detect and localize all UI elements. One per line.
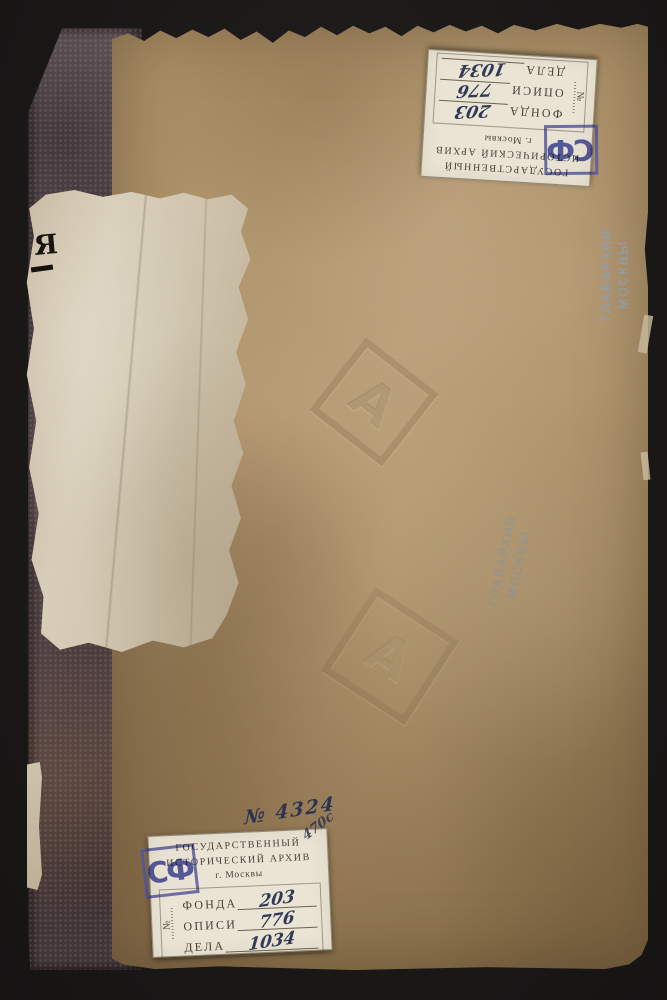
fond-label: ФОНДА — [182, 897, 237, 913]
digital-watermark: ГЛАВАРХИВ МОСКВЫ — [599, 217, 633, 332]
fond-line: 203 — [438, 99, 508, 122]
delo-value: 1034 — [248, 931, 296, 953]
ink-bar — [31, 264, 53, 272]
fond-value: 203 — [454, 102, 492, 118]
delo-label: ДЕЛА — [524, 63, 566, 79]
opis-line: 776 — [237, 909, 318, 931]
seal-letter: А — [355, 618, 424, 694]
opis-value: 776 — [456, 81, 494, 97]
sf-stamp-text: СФ — [145, 852, 195, 891]
archive-book: А А Я ГЛАВАРХИВ МОСКВЫ ГЛАВАРХИВ МОСКВЫ … — [28, 20, 648, 975]
delo-value: 1034 — [457, 60, 507, 77]
sf-stamp-text: СФ — [548, 133, 594, 167]
delo-label: ДЕЛА — [184, 940, 226, 955]
delo-line: 1034 — [440, 58, 524, 82]
delo-line: 1034 — [225, 930, 319, 953]
label-fields-box: № ФОНДА 203 ОПИСИ 776 ДЕЛА 1034 — [159, 883, 324, 961]
opis-line: 776 — [439, 78, 510, 101]
printer-imprint — [171, 908, 174, 940]
torn-paper-patch: Я — [22, 190, 260, 652]
opis-label: ОПИСИ — [510, 83, 564, 99]
fond-label: ФОНДА — [507, 104, 563, 121]
label-fields-box: № ФОНДА 203 ОПИСИ 776 ДЕЛА 1034 — [433, 52, 589, 132]
photo-background: А А Я ГЛАВАРХИВ МОСКВЫ ГЛАВАРХИВ МОСКВЫ … — [0, 0, 667, 1000]
watermark-line: МОСКВЫ — [616, 217, 633, 332]
fond-value: 203 — [258, 890, 295, 910]
opis-label: ОПИСИ — [183, 918, 237, 934]
fond-line: 203 — [237, 888, 317, 910]
seal-letter: А — [338, 364, 410, 439]
sf-stamp: СФ — [544, 125, 598, 175]
watermark-line: ГЛАВАРХИВ — [599, 217, 616, 332]
handwritten-spine-letter: Я — [33, 231, 59, 260]
archive-label-bottom: СФ ГОСУДАРСТВЕННЫЙ ИСТОРИЧЕСКИЙ АРХИВ г.… — [147, 828, 332, 958]
archive-label-top: СФ ГОСУДАРСТВЕННЫЙ ИСТОРИЧЕСКИЙ АРХИВ г.… — [420, 49, 597, 187]
